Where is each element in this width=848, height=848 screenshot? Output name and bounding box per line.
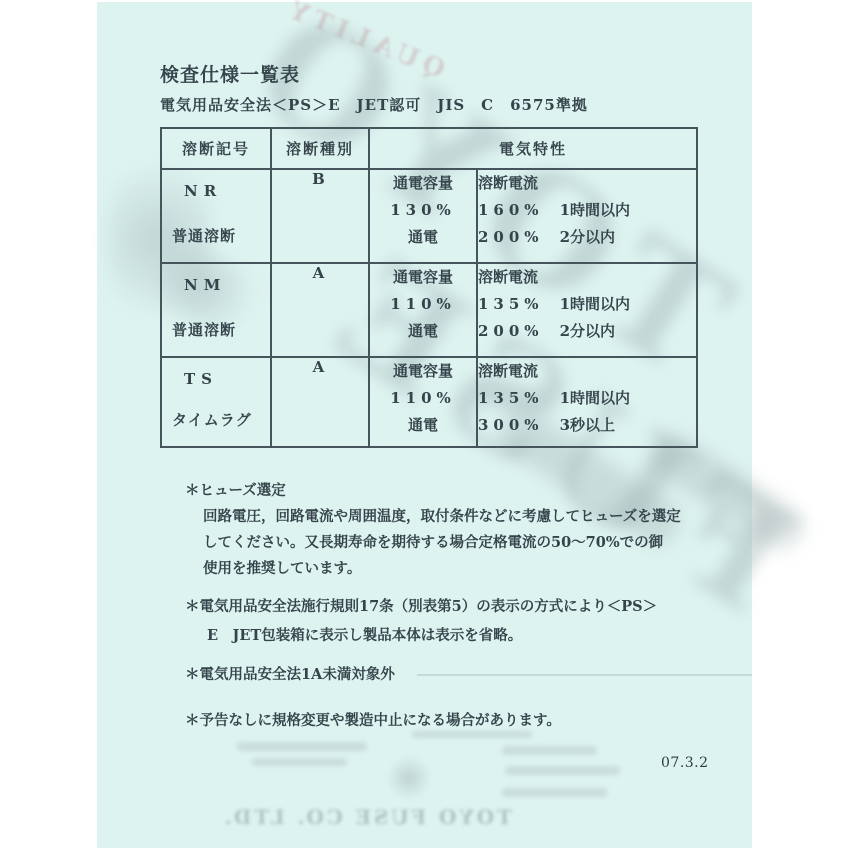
capacity-note: 通電	[370, 224, 476, 251]
capacity-note: 通電	[370, 412, 476, 439]
capacity-note: 通電	[370, 318, 476, 345]
note-line: 回路電圧，回路電流や周囲温度，取付条件などに考慮してヒューズを選定	[203, 504, 681, 530]
header-electrical-characteristics: 電気特性	[369, 128, 697, 169]
note-line: してください。又長期寿命を期待する場合定格電流の50～70%での御	[203, 530, 681, 556]
current-title: 溶断電流	[478, 358, 696, 385]
header-fusing-symbol: 溶断記号	[161, 128, 271, 169]
current-line2: 300%3秒以上	[478, 412, 696, 439]
page-title: 検査仕様一覧表	[160, 60, 300, 87]
spec-table: 溶断記号 溶断種別 電気特性 NR 普通溶断 B 通電容量 130% 通電 溶断…	[160, 127, 698, 448]
current-line1: 135%1時間以内	[478, 385, 696, 412]
table-header-row: 溶断記号 溶断種別 電気特性	[161, 128, 697, 169]
page-subtitle: 電気用品安全法＜PS＞E JET認可 JIS C 6575準拠	[160, 94, 588, 115]
fuse-type-label: タイムラグ	[172, 409, 252, 430]
current-line2: 200%2分以内	[478, 318, 696, 345]
note-fuse-selection: ＊ヒューズ選定 回路電圧，回路電流や周囲温度，取付条件などに考慮してヒューズを選…	[185, 478, 681, 582]
fuse-type-label: 普通溶断	[172, 319, 236, 340]
current-title: 溶断電流	[478, 264, 696, 291]
fuse-class: B	[271, 169, 369, 263]
capacity-value: 110%	[370, 385, 476, 412]
note-line: ＊予告なしに規格変更や製造中止になる場合があります。	[185, 708, 561, 734]
capacity-value: 110%	[370, 291, 476, 318]
table-row-nr: NR 普通溶断 B 通電容量 130% 通電 溶断電流 160%1時間以内 20…	[161, 169, 697, 263]
capacity-title: 通電容量	[370, 264, 476, 291]
table-row-ts: TS タイムラグ A 通電容量 110% 通電 溶断電流 135%1時間以内 3…	[161, 357, 697, 447]
fuse-type-label: 普通溶断	[172, 225, 236, 246]
note-title: ＊ヒューズ選定	[185, 478, 681, 504]
note-line: ＊電気用品安全法施行規則17条（別表第5）の表示の方式により＜PS＞	[185, 592, 657, 621]
capacity-title: 通電容量	[370, 170, 476, 197]
current-title: 溶断電流	[478, 170, 696, 197]
current-line1: 135%1時間以内	[478, 291, 696, 318]
fuse-code: TS	[184, 370, 218, 388]
table-row-nm: NM 普通溶断 A 通電容量 110% 通電 溶断電流 135%1時間以内 20…	[161, 263, 697, 357]
note-exemption: ＊電気用品安全法1A未満対象外	[185, 662, 395, 688]
fuse-code: NR	[184, 182, 222, 200]
current-line2: 200%2分以内	[478, 224, 696, 251]
date-code: 07.3.2	[661, 755, 709, 771]
scanned-page: QUALITY TOYO FUSE TOYO FUSE CO. LTD. 検査仕…	[97, 2, 752, 848]
fuse-code: NM	[184, 276, 226, 294]
fuse-class: A	[271, 263, 369, 357]
document-content: 検査仕様一覧表 電気用品安全法＜PS＞E JET認可 JIS C 6575準拠 …	[97, 2, 752, 848]
note-labeling: ＊電気用品安全法施行規則17条（別表第5）の表示の方式により＜PS＞ E JET…	[185, 592, 657, 650]
fuse-class: A	[271, 357, 369, 447]
current-line1: 160%1時間以内	[478, 197, 696, 224]
capacity-title: 通電容量	[370, 358, 476, 385]
capacity-value: 130%	[370, 197, 476, 224]
header-fusing-type: 溶断種別	[271, 128, 369, 169]
note-line: E JET包装箱に表示し製品本体は表示を省略。	[207, 621, 657, 650]
note-disclaimer: ＊予告なしに規格変更や製造中止になる場合があります。	[185, 708, 561, 734]
note-line: ＊電気用品安全法1A未満対象外	[185, 662, 395, 688]
note-line: 使用を推奨しています。	[203, 556, 681, 582]
